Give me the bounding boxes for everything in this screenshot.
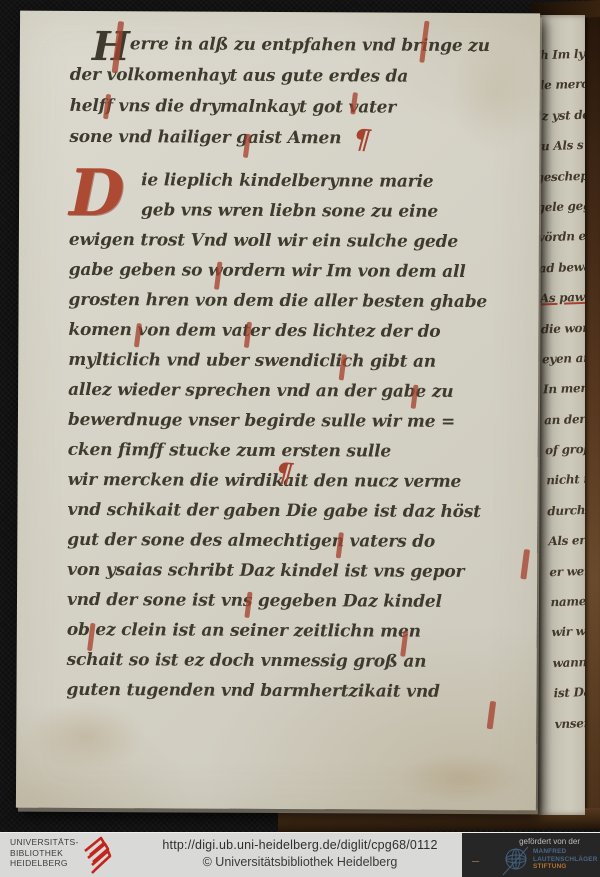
manuscript-line: cken fimff stucke zum ersten sulle bbox=[68, 435, 526, 467]
stiftung-name-line: LAUTENSCHLÄGER bbox=[533, 856, 598, 864]
stiftung-name-line: MANFRED bbox=[533, 848, 598, 856]
rubricated-initial-d: D bbox=[69, 165, 135, 223]
manuscript-line: der volkomenhayt aus gute erdes da bbox=[70, 60, 528, 93]
paragraph-1: H erre in alß zu entpfahen vnd bringe zu… bbox=[69, 29, 528, 155]
manuscript-line: helff vns die drymalnkayt got vater bbox=[70, 91, 528, 124]
facing-line-fragment: In mercke bbox=[542, 372, 585, 405]
pilcrow-mark: ¶ bbox=[275, 457, 294, 489]
manuscript-line: geb vns wren liebn sone zu eine bbox=[69, 195, 527, 227]
manuscript-line: ewigen trost Vnd woll wir ein sulche ged… bbox=[69, 225, 527, 257]
manuscript-line: sone vnd hailiger gaist Amen bbox=[69, 122, 527, 155]
pilcrow-mark: ¶ bbox=[352, 124, 371, 156]
funder-label: gefördert von der bbox=[519, 837, 580, 846]
library-branding: UNIVERSITÄTS- BIBLIOTHEK HEIDELBERG bbox=[10, 837, 120, 875]
facing-line-fragment: dz yst der b bbox=[538, 99, 585, 132]
facing-page-edge: Th Im lyt ale merckt dz yst der b zu Als… bbox=[538, 15, 585, 815]
facing-line-fragment: er werdent bbox=[549, 554, 585, 587]
facing-line-fragment: geschepfet bbox=[538, 159, 585, 192]
paragraph-2: D ie lieplich kindelberynne marie geb vn… bbox=[66, 165, 527, 707]
facing-line-fragment: durch an d bbox=[547, 493, 585, 526]
facing-line-fragment: Als er selber bbox=[548, 524, 585, 557]
manuscript-line: komen von dem vater des lichtez der do bbox=[68, 315, 526, 347]
manuscript-page: H erre in alß zu entpfahen vnd bringe zu… bbox=[16, 11, 540, 811]
facing-line-fragment: wir wol d bbox=[551, 615, 585, 648]
funder-panel: gefördert von der – MANFRED LAUTENSCHLÄG… bbox=[462, 833, 600, 877]
ub-heidelberg-logo-icon bbox=[77, 835, 115, 877]
stiftung-globe-icon bbox=[502, 846, 530, 876]
facing-line-fragment: eyen andw bbox=[541, 342, 585, 375]
manuscript-line: erre in alß zu entpfahen vnd bringe zu bbox=[70, 29, 528, 62]
facing-line-fragment: wann sie bbox=[552, 645, 585, 678]
initial-h: H bbox=[92, 29, 124, 59]
manuscript-line: schait so ist ez doch vnmessig groß an bbox=[67, 645, 525, 677]
funder-dash: – bbox=[472, 853, 479, 868]
facing-line-fragment: Th Im lyt bbox=[538, 38, 585, 71]
manuscript-line: allez wieder sprechen vnd an der gabe zu bbox=[68, 375, 526, 407]
facing-line-fragment: die wort S bbox=[540, 311, 585, 344]
stiftung-name-line: STIFTUNG bbox=[533, 863, 598, 871]
facing-line-fragment: ad bewar bbox=[538, 250, 585, 283]
manuscript-line: gut der sone des almechtigen vaters do bbox=[67, 525, 525, 557]
stiftung-name: MANFRED LAUTENSCHLÄGER STIFTUNG bbox=[533, 848, 598, 871]
facing-line-fragment: ale merckt bbox=[538, 68, 585, 101]
manuscript-line: guten tugenden vnd barmhertzikait vnd bbox=[66, 675, 524, 707]
book-fore-edge bbox=[585, 0, 600, 828]
manuscript-line: von ysaias schribt Daz kindel ist vns ge… bbox=[67, 555, 525, 587]
facing-line-fragment: zu Als s bbox=[538, 129, 585, 162]
facing-line-fragment: of großer bbox=[545, 433, 585, 466]
manuscript-line: ob ez clein ist an seiner zeitlichn men bbox=[67, 615, 525, 647]
facing-line-fragment: vnser gre bbox=[554, 706, 585, 739]
facing-page-text: Th Im lyt ale merckt dz yst der b zu Als… bbox=[538, 38, 585, 739]
footer-bar: http://digi.ub.uni-heidelberg.de/diglit/… bbox=[0, 832, 600, 877]
facing-line-fragment: vördn ew bbox=[538, 220, 585, 253]
facing-line-fragment-rubricated: As paw Joh bbox=[539, 281, 585, 314]
manuscript-line: bewerdnuge vnser begirde sulle wir me = bbox=[68, 405, 526, 437]
manuscript-line: grosten hren von dem die aller besten gh… bbox=[68, 285, 526, 317]
facing-line-fragment: gele gegebe bbox=[538, 190, 585, 223]
manuscript-line: vnd schikait der gaben Die gabe ist daz … bbox=[67, 495, 525, 527]
facing-line-fragment: an der hier bbox=[544, 402, 585, 435]
manuscript-line: mylticlich vnd uber swendiclich gibt an bbox=[68, 345, 526, 377]
manuscript-line: ie lieplich kindelberynne marie bbox=[69, 165, 527, 197]
manuscript-line: wir mercken die wirdikait den nucz verme bbox=[68, 465, 526, 497]
digitized-manuscript-view: Th Im lyt ale merckt dz yst der b zu Als… bbox=[0, 0, 600, 877]
manuscript-line: vnd der sone ist vns gegeben Daz kindel bbox=[67, 585, 525, 617]
facing-line-fragment: nicht mit bbox=[546, 463, 585, 496]
manuscript-line: gabe geben so wordern wir Im von dem all bbox=[69, 255, 527, 287]
manuscript-text: H erre in alß zu entpfahen vnd bringe zu… bbox=[16, 11, 540, 811]
facing-line-fragment: namen S bbox=[550, 585, 585, 618]
facing-line-fragment: ist Dar v bbox=[553, 676, 585, 709]
